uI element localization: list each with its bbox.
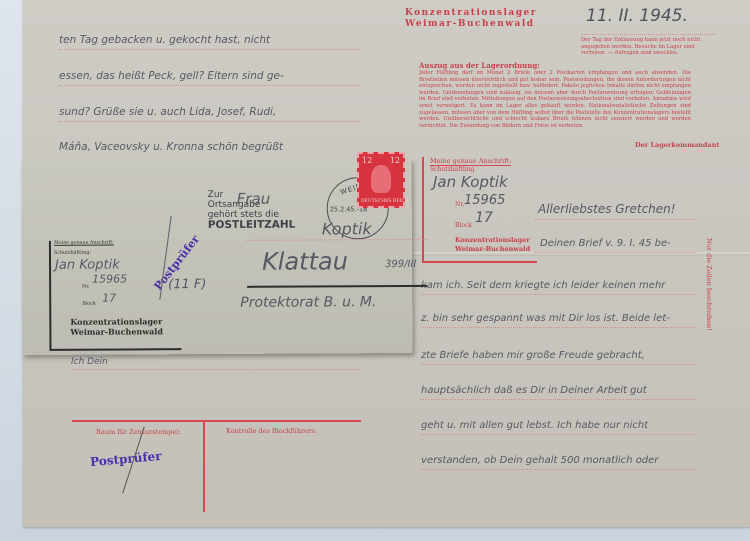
block-leader-label: Kontrolle des Blockführers: <box>226 427 317 435</box>
camp-name-line2: Weimar-Buchenwald <box>405 19 537 30</box>
commandant-signature: Der Lagerkommandant <box>635 141 719 149</box>
footer-divider <box>203 420 205 512</box>
prisoner-name: Jan Koptik <box>433 173 508 191</box>
number-label: Nr. <box>455 201 464 208</box>
left-line-3: sund? Grüße sie u. auch Lida, Josef, Rud… <box>59 106 276 118</box>
left-line-4: Máňa, Vaceovsky u. Kronna schön begrüßt <box>59 141 283 153</box>
letter-line-1: Deinen Brief v. 9. I. 45 be- <box>540 238 671 249</box>
recipient-city: Klattau <box>262 247 348 275</box>
env-block-label: Block <box>82 302 96 307</box>
letter-line-7: verstanden, ob Dein gehalt 500 monatlich… <box>421 455 658 466</box>
address-camp: Konzentrationslager Weimar-Buchenwald <box>455 236 530 254</box>
block-label: Block <box>455 222 472 229</box>
env-status-label: Schutzhäftling: <box>54 251 91 256</box>
censor-stamp: Postprüfer <box>90 449 163 469</box>
regulations-body: Jeder Häftling darf im Monat 2 Briefe od… <box>419 70 691 129</box>
regulations-title: Auszug aus der Lagerordnung: <box>419 61 540 70</box>
side-note: Nur die Zeilen beschreiben! <box>705 238 713 331</box>
env-block-number: 17 <box>102 292 116 305</box>
address-camp-line2: Weimar-Buchenwald <box>455 245 530 254</box>
date-handwritten: 11. II. 1945. <box>586 6 688 26</box>
release-notice: Der Tag der Entlassung kann jetzt noch n… <box>581 34 717 57</box>
letter-line-3: z. bin sehr gespannt was mit Dir los ist… <box>421 313 670 324</box>
letter-line-6: geht u. mit allen gut lebst. Ich habe nu… <box>421 420 648 431</box>
recipient-name: Koptik <box>322 219 372 238</box>
left-line-2: essen, das heißt Peck, gell? Eltern sind… <box>59 70 284 82</box>
address-label: Meine genaue Anschrift: <box>430 157 511 166</box>
address-underline <box>247 285 427 288</box>
footer-rule <box>72 420 361 422</box>
left-line-1: ten Tag gebacken u. gekocht hast, nicht <box>59 34 270 46</box>
env-camp-line2: Weimar-Buchenwald <box>70 326 163 336</box>
letter-line-2: kam ich. Seit dem kriegte ich leider kei… <box>421 280 665 291</box>
address-camp-line1: Konzentrationslager <box>455 236 530 245</box>
env-camp: Konzentrationslager Weimar-Buchenwald <box>70 316 163 336</box>
prisoner-number: 15965 <box>464 193 505 208</box>
envelope: Meine genaue Anschrift: Schutzhäftling: … <box>21 159 412 355</box>
left-closing: Ich Dein <box>71 357 108 367</box>
stamp-value-left: 12 <box>362 156 372 165</box>
recipient-region: Protektorat B. u. M. <box>240 294 376 311</box>
camp-name-line1: Konzentrationslager <box>405 8 537 19</box>
recipient-salutation: Frau <box>237 190 271 208</box>
camp-header: Konzentrationslager Weimar-Buchenwald <box>405 8 537 30</box>
letter-line-5: hauptsächlich daß es Dir in Deiner Arbei… <box>421 385 647 396</box>
status-label: Schutzhäftling <box>430 166 474 173</box>
stamp-portrait <box>371 165 391 193</box>
postage-stamp: 12 12 DEUTSCHES REICH <box>357 152 405 208</box>
stamp-value-right: 12 <box>390 156 400 165</box>
env-address-label: Meine genaue Anschrift: <box>54 241 114 246</box>
censor-label: Raum für Zensurstempel: <box>96 428 181 436</box>
salutation: Allerliebstes Gretchen! <box>538 202 676 216</box>
block-number: 17 <box>475 210 493 226</box>
env-camp-line1: Konzentrationslager <box>70 316 163 326</box>
stamp-text: DEUTSCHES REICH <box>361 199 409 204</box>
env-prisoner-name: Jan Koptik <box>55 258 120 273</box>
recipient-house: 399/III <box>385 259 416 270</box>
letter-line-4: zte Briefe haben mir große Freude gebrac… <box>421 350 645 361</box>
env-prisoner-number: 15965 <box>92 272 127 285</box>
slogan-line4: POSTLEITZAHL <box>208 220 296 230</box>
env-number-label: Nr. <box>82 285 90 290</box>
routing-note: (11 F) <box>168 277 206 292</box>
